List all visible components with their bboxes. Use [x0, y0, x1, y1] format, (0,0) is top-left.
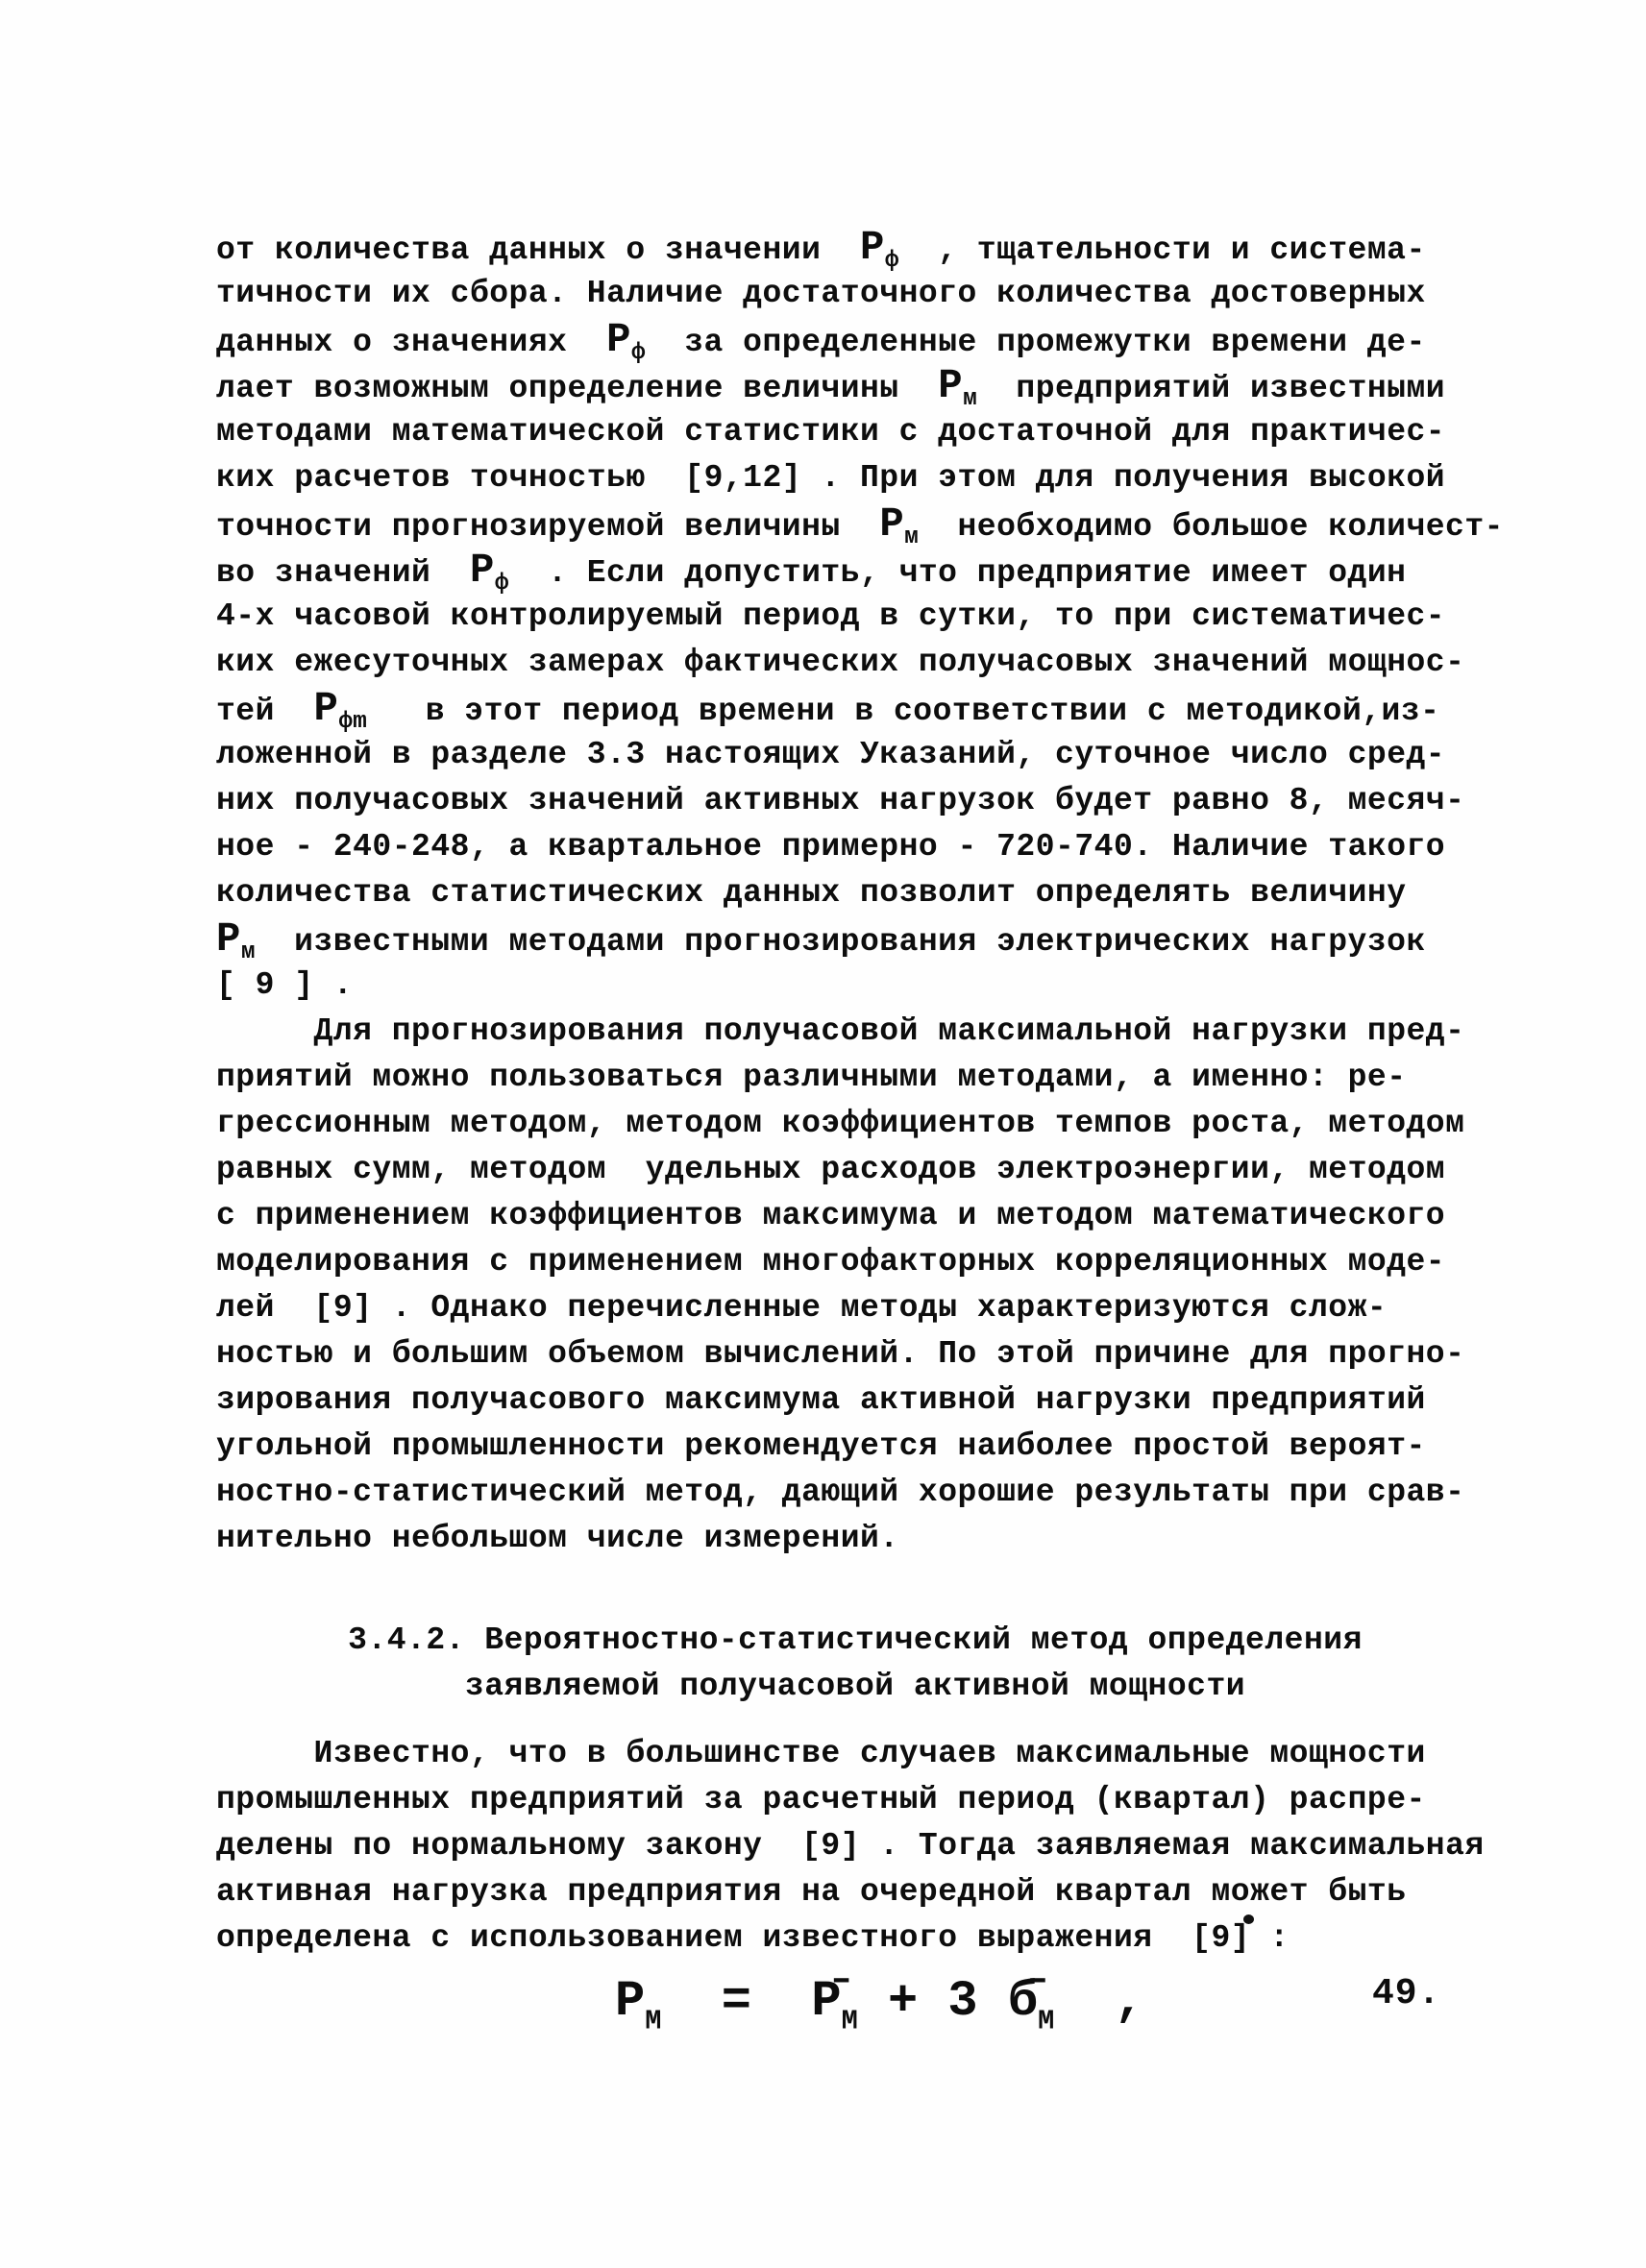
text-line: ностно-статистический метод, дающий хоро… [216, 1470, 1494, 1516]
text-line: методами математической статистики с дос… [216, 409, 1494, 455]
scanned-document-page: от количества данных о значении Рф , тща… [0, 0, 1646, 2268]
text-line: во значений Рф . Если допустить, что пре… [216, 548, 1494, 594]
text-line: них получасовых значений активных нагруз… [216, 778, 1494, 824]
text-line: 3.4.2. Вероятностно-статистический метод… [216, 1618, 1494, 1664]
text-line: грессионным методом, методом коэффициент… [216, 1101, 1494, 1147]
text-line: количества статистических данных позволи… [216, 870, 1494, 916]
text-line: тей Рфm в этот период времени в соответс… [216, 686, 1494, 732]
text-line: Рм известными методами прогнозирования э… [216, 916, 1494, 963]
text-line: Для прогнозирования получасовой максимал… [216, 1009, 1494, 1055]
text-line: [ 9 ] . [216, 963, 1494, 1009]
text-line: ное - 240-248, а квартальное примерно - … [216, 824, 1494, 870]
text-line: тичности их сбора. Наличие достаточного … [216, 271, 1494, 317]
scan-speck [1243, 1914, 1254, 1924]
text-line: зирования получасового максимума активно… [216, 1378, 1494, 1424]
body-text: от количества данных о значении Рф , тща… [216, 225, 1494, 1562]
text-line: с применением коэффициентов максимума и … [216, 1193, 1494, 1239]
text-line: активная нагрузка предприятия на очередн… [216, 1869, 1494, 1915]
text-column: от количества данных о значении Рф , тща… [216, 225, 1494, 2073]
text-line: данных о значениях Рф за определенные пр… [216, 317, 1494, 363]
text-line: ких расчетов точностью [9,12] . При этом… [216, 455, 1494, 501]
text-line: угольной промышленности рекомендуется на… [216, 1424, 1494, 1470]
section-heading: 3.4.2. Вероятностно-статистический метод… [216, 1618, 1494, 1710]
text-line: определена с использованием известного в… [216, 1915, 1494, 1962]
text-line: ностью и большим объемом вычислений. По … [216, 1331, 1494, 1378]
text-line: Известно, что в большинстве случаев макс… [216, 1731, 1494, 1777]
text-line: лей [9] . Однако перечисленные методы ха… [216, 1285, 1494, 1331]
formula-row: РМ = Р̄М + 3 б̄М , [216, 1967, 1494, 2073]
text-line: точности прогнозируемой величины Рм необ… [216, 501, 1494, 548]
text-line: от количества данных о значении Рф , тща… [216, 225, 1494, 271]
text-line: ложенной в разделе 3.3 настоящих Указани… [216, 732, 1494, 778]
vertical-gap [216, 1710, 1494, 1731]
text-line: заявляемой получасовой активной мощности [216, 1664, 1494, 1710]
text-line: делены по нормальному закону [9] . Тогда… [216, 1823, 1494, 1869]
text-line: равных сумм, методом удельных расходов э… [216, 1147, 1494, 1193]
vertical-gap [216, 1562, 1494, 1618]
page-number: 49. [1372, 1975, 1440, 2013]
formula: РМ = Р̄М + 3 б̄М , [615, 1971, 1144, 2052]
text-line: нительно небольшом числе измерений. [216, 1516, 1494, 1562]
text-line: 4-х часовой контролируемый период в сутк… [216, 594, 1494, 640]
section-intro-text: Известно, что в большинстве случаев макс… [216, 1731, 1494, 1962]
text-line: лает возможным определение величины Рм п… [216, 363, 1494, 409]
text-line: промышленных предприятий за расчетный пе… [216, 1777, 1494, 1823]
text-line: ких ежесуточных замерах фактических полу… [216, 640, 1494, 686]
text-line: моделирования с применением многофакторн… [216, 1239, 1494, 1285]
text-line: приятий можно пользоваться различными ме… [216, 1055, 1494, 1101]
